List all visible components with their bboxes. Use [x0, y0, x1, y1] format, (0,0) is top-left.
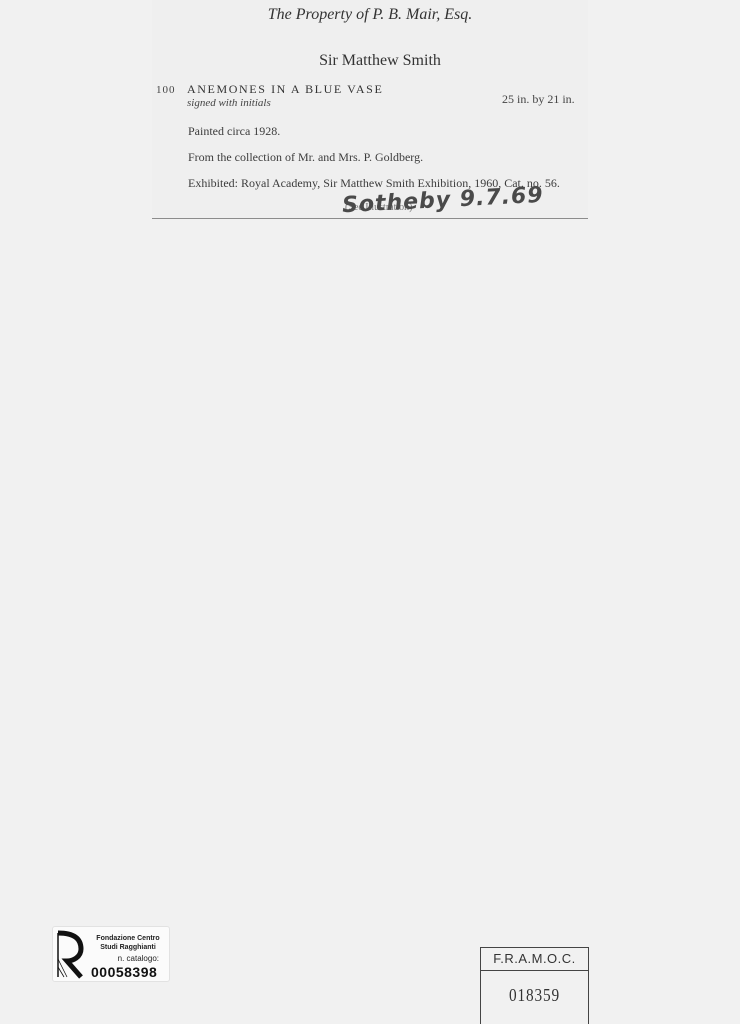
- lot-title: ANEMONES IN A BLUE VASE: [187, 82, 383, 97]
- painted-date: Painted circa 1928.: [188, 124, 280, 139]
- stamp-header: F.R.A.M.O.C.: [481, 948, 588, 971]
- stamp-number: 018359: [489, 985, 580, 1006]
- catalog-number: 00058398: [91, 964, 157, 980]
- artist-name: Sir Matthew Smith: [0, 52, 740, 70]
- archive-organization: Fondazione Centro Studi Ragghianti: [89, 934, 167, 952]
- ragghianti-logo-icon: [55, 929, 85, 979]
- archive-label: Fondazione Centro Studi Ragghianti n. ca…: [52, 926, 170, 982]
- lot-number: 100: [156, 84, 176, 96]
- catalog-label: n. catalogo:: [118, 954, 159, 963]
- lot-dimensions: 25 in. by 21 in.: [502, 92, 575, 107]
- owner-line: The Property of P. B. Mair, Esq.: [0, 6, 740, 24]
- provenance: From the collection of Mr. and Mrs. P. G…: [188, 150, 423, 165]
- framoc-stamp: F.R.A.M.O.C. 018359: [480, 947, 589, 1024]
- lot-inscription: signed with initials: [187, 97, 271, 109]
